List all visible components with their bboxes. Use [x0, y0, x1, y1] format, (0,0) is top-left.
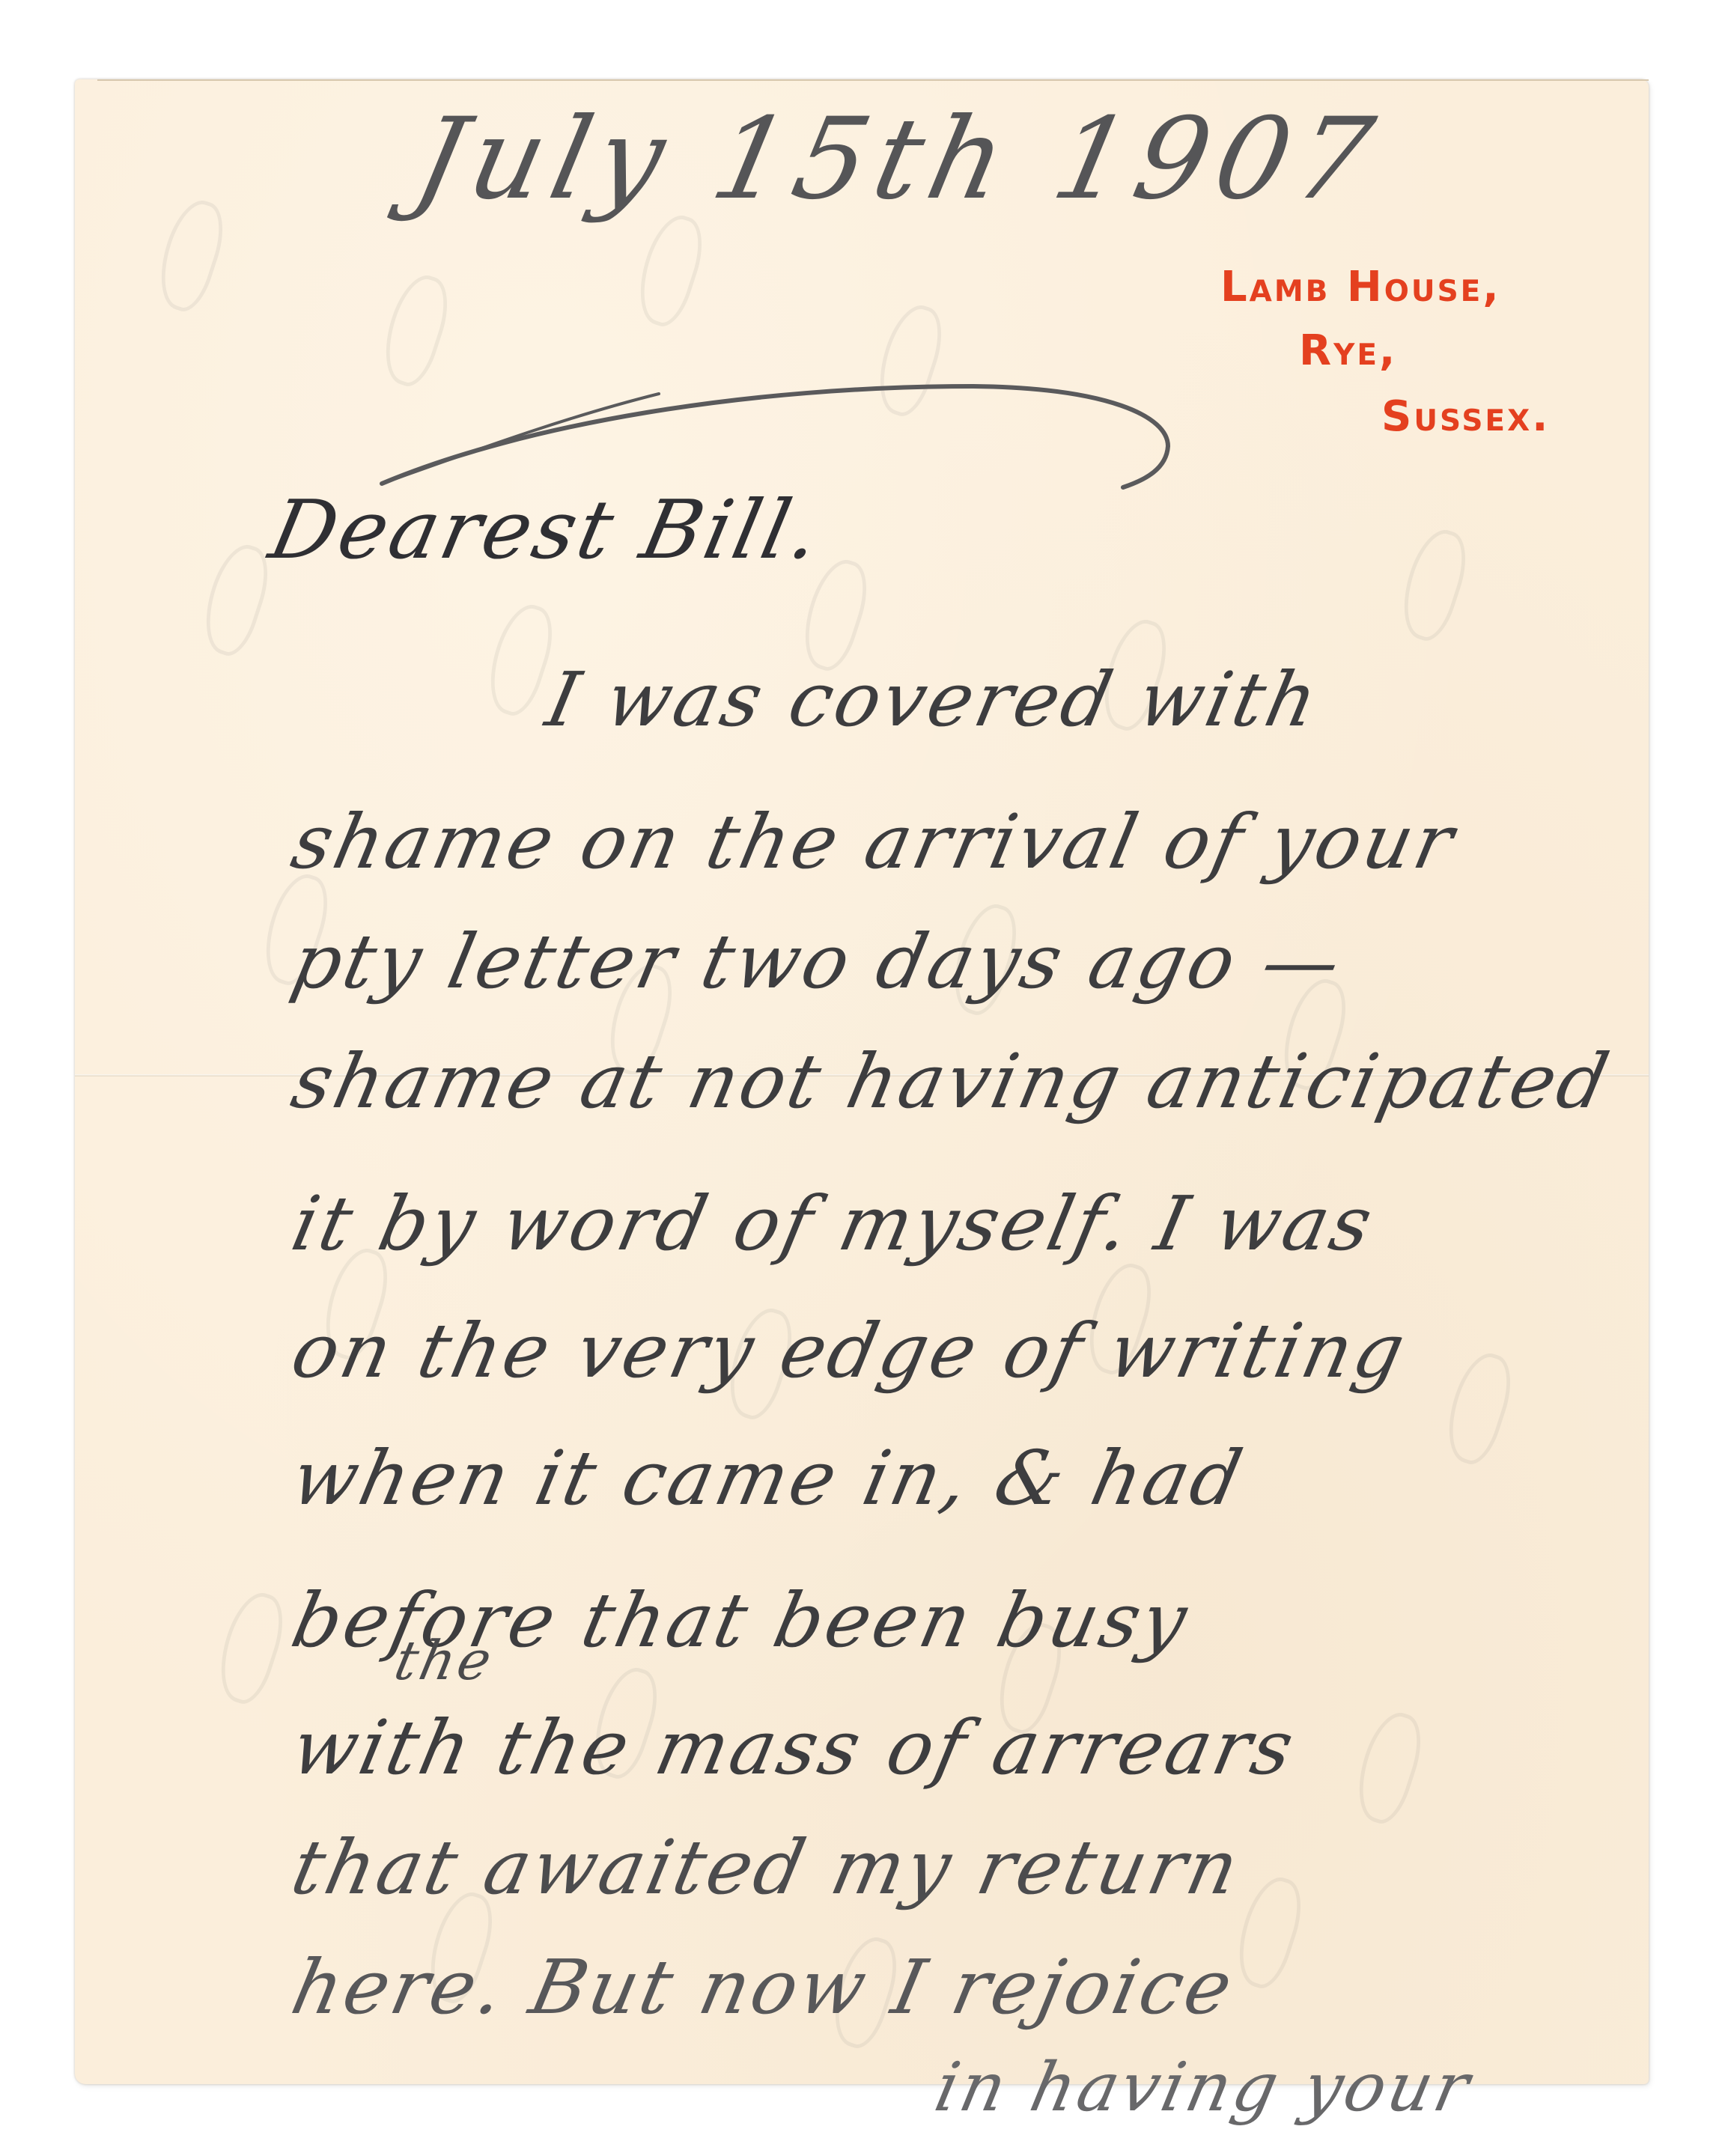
- interlinear-insertion: the: [389, 1629, 500, 1692]
- body-line: I was covered with: [539, 656, 1327, 743]
- body-line: shame on the arrival of your: [285, 798, 1464, 886]
- letterhead-house: Lamb House,: [1220, 263, 1501, 311]
- letterhead-town: Rye,: [1299, 326, 1397, 375]
- body-line: it by word of myself. I was: [285, 1180, 1382, 1267]
- paper-top-edge: [97, 79, 1649, 85]
- body-line: that awaited my return: [285, 1824, 1249, 1911]
- letterhead-county: Sussex.: [1381, 392, 1550, 441]
- body-line: with the mass of arrears: [285, 1704, 1303, 1791]
- body-line: on the very edge of writing: [285, 1307, 1415, 1395]
- date-underline-flourish: [374, 334, 1198, 499]
- letter-date: July 15th 1907: [404, 94, 1392, 225]
- body-line: here. But now I rejoice: [285, 1943, 1243, 2031]
- body-line: shame at not having anticipated: [285, 1038, 1619, 1125]
- letter-sheet: July 15th 1907 Lamb House, Rye, Sussex. …: [75, 79, 1649, 2084]
- body-line: when it came in, & had: [285, 1434, 1252, 1522]
- body-line: in having your: [928, 2048, 1479, 2127]
- salutation: Dearest Bill.: [262, 484, 830, 577]
- body-line: pty letter two days ago —: [285, 918, 1351, 1005]
